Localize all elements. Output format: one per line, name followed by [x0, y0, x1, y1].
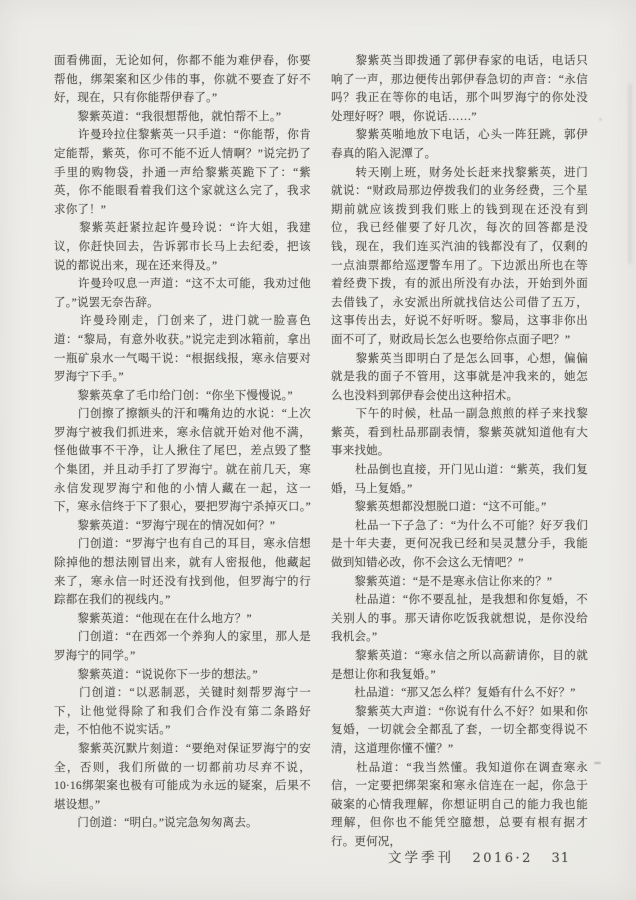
paragraph: 黎紫英道：“是不是寒永信让你来的？” — [331, 573, 588, 592]
paragraph: 黎紫英沉默片刻道：“要绝对保证罗海宁的安全，否则，我们所做的一切都前功尽弃不说，… — [54, 740, 311, 814]
paragraph: 黎紫英当即拨通了郭伊春家的电话，电话只响了一声，那边便传出郭伊春急切的声音：“永… — [331, 52, 588, 126]
paragraph: 门创道：“以恶制恶，关键时刻帮罗海宁一下，让他觉得除了和我们合作没有第二条路好走… — [54, 684, 311, 740]
paragraph: 转天刚上班，财务处长赶来找黎紫英，进门就说：“财政局那边停拨我们的业务经费，三个… — [331, 164, 588, 350]
scan-speck — [599, 118, 602, 121]
paragraph: 黎紫英拿了毛巾给门创：“你坐下慢慢说。” — [54, 387, 311, 406]
paragraph: 许曼玲拉住黎紫英一只手道：“你能帮，你肯定能帮，紫英，你可不能不近人情啊？”说完… — [54, 126, 311, 219]
scan-speck — [594, 762, 601, 764]
paragraph: 黎紫英当即明白了是怎么回事，心想，偏偏就是我的面子不管用，这事就是冲我来的，她怎… — [331, 350, 588, 406]
paragraph: 杜品道：“你不要乱扯，是我想和你复婚，不关别人的事。那天请你吃饭我就想说，是你没… — [331, 591, 588, 647]
paragraph: 黎紫英道：“我很想帮他，就怕帮不上。” — [54, 108, 311, 127]
paragraph: 许曼玲叹息一声道：“这不太可能，我劝过他了。”说罢无奈告辞。 — [54, 275, 311, 312]
right-column: 黎紫英当即拨通了郭伊春家的电话，电话只响了一声，那边便传出郭伊春急切的声音：“永… — [331, 52, 588, 852]
paragraph: 杜品道：“我当然懂。我知道你在调查寒永信，一定要把绑架案和寒永信连在一起，你急于… — [331, 759, 588, 852]
scan-edge-streak — [628, 84, 632, 264]
paragraph: 黎紫英啪地放下电话，心头一阵狂跳，郭伊春真的陷入泥潭了。 — [331, 126, 588, 163]
page-number: 31 — [551, 851, 570, 866]
scanned-page: 面看佛面，无论如何，你都不能为难伊春，你要帮他，绑架案和区少伟的事，你就不要查了… — [0, 0, 636, 900]
paragraph: 黎紫英想都没想脱口道：“这不可能。” — [331, 498, 588, 517]
paragraph: 门创擦了擦额头的汗和嘴角边的水说：“上次罗海宁被我们抓进来，寒永信就开始对他不满… — [54, 405, 311, 517]
left-column: 面看佛面，无论如何，你都不能为难伊春，你要帮他，绑架案和区少伟的事，你就不要查了… — [54, 52, 311, 852]
text-columns: 面看佛面，无论如何，你都不能为难伊春，你要帮他，绑架案和区少伟的事，你就不要查了… — [54, 52, 588, 852]
paragraph: 黎紫英道：“说说你下一步的想法。” — [54, 666, 311, 685]
paragraph: 门创道：“在西郊一个养狗人的家里，那人是罗海宁的同学。” — [54, 628, 311, 665]
paragraph: 面看佛面，无论如何，你都不能为难伊春，你要帮他，绑架案和区少伟的事，你就不要查了… — [54, 52, 311, 108]
paragraph: 杜品倒也直接，开门见山道：“紫英，我们复婚，马上复婚。” — [331, 461, 588, 498]
paragraph: 黎紫英赶紧拉起许曼玲说：“许大姐，我建议，你赶快回去，告诉郭市长马上去纪委，把该… — [54, 219, 311, 275]
journal-title: 文学季刊 — [388, 846, 454, 866]
paragraph: 黎紫英道：“寒永信之所以高薪请你，目的就是想让你和我复婚。” — [331, 647, 588, 684]
paragraph: 许曼玲刚走，门创来了，进门就一脸喜色道：“黎局，有意外收获。”说完走到冰箱前，拿… — [54, 312, 311, 386]
paragraph: 杜品道：“那又怎么样？复婚有什么不好？” — [331, 684, 588, 703]
issue-number: 2016·2 — [472, 851, 533, 866]
paragraph: 黎紫英道：“他现在在什么地方？” — [54, 610, 311, 629]
paragraph: 黎紫英大声道：“你说有什么不好？如果和你复婚，一切就会全都乱了套，一切全都变得说… — [331, 703, 588, 759]
paragraph: 黎紫英道：“罗海宁现在的情况如何？” — [54, 517, 311, 536]
paragraph: 门创道：“明白。”说完急匆匆离去。 — [54, 814, 311, 833]
paragraph: 杜品一下子急了：“为什么不可能？好歹我们是十年夫妻，更何况我已经和吴灵慧分手，我… — [331, 517, 588, 573]
page-footer: 文学季刊 2016·2 31 — [388, 846, 570, 866]
paragraph: 下午的时候，杜品一副急煎煎的样子来找黎紫英，看到杜品那副表情，黎紫英就知道他有大… — [331, 405, 588, 461]
paragraph: 门创道：“罗海宁也有自己的耳目，寒永信想除掉他的想法刚冒出来，就有人密报他，他藏… — [54, 535, 311, 609]
